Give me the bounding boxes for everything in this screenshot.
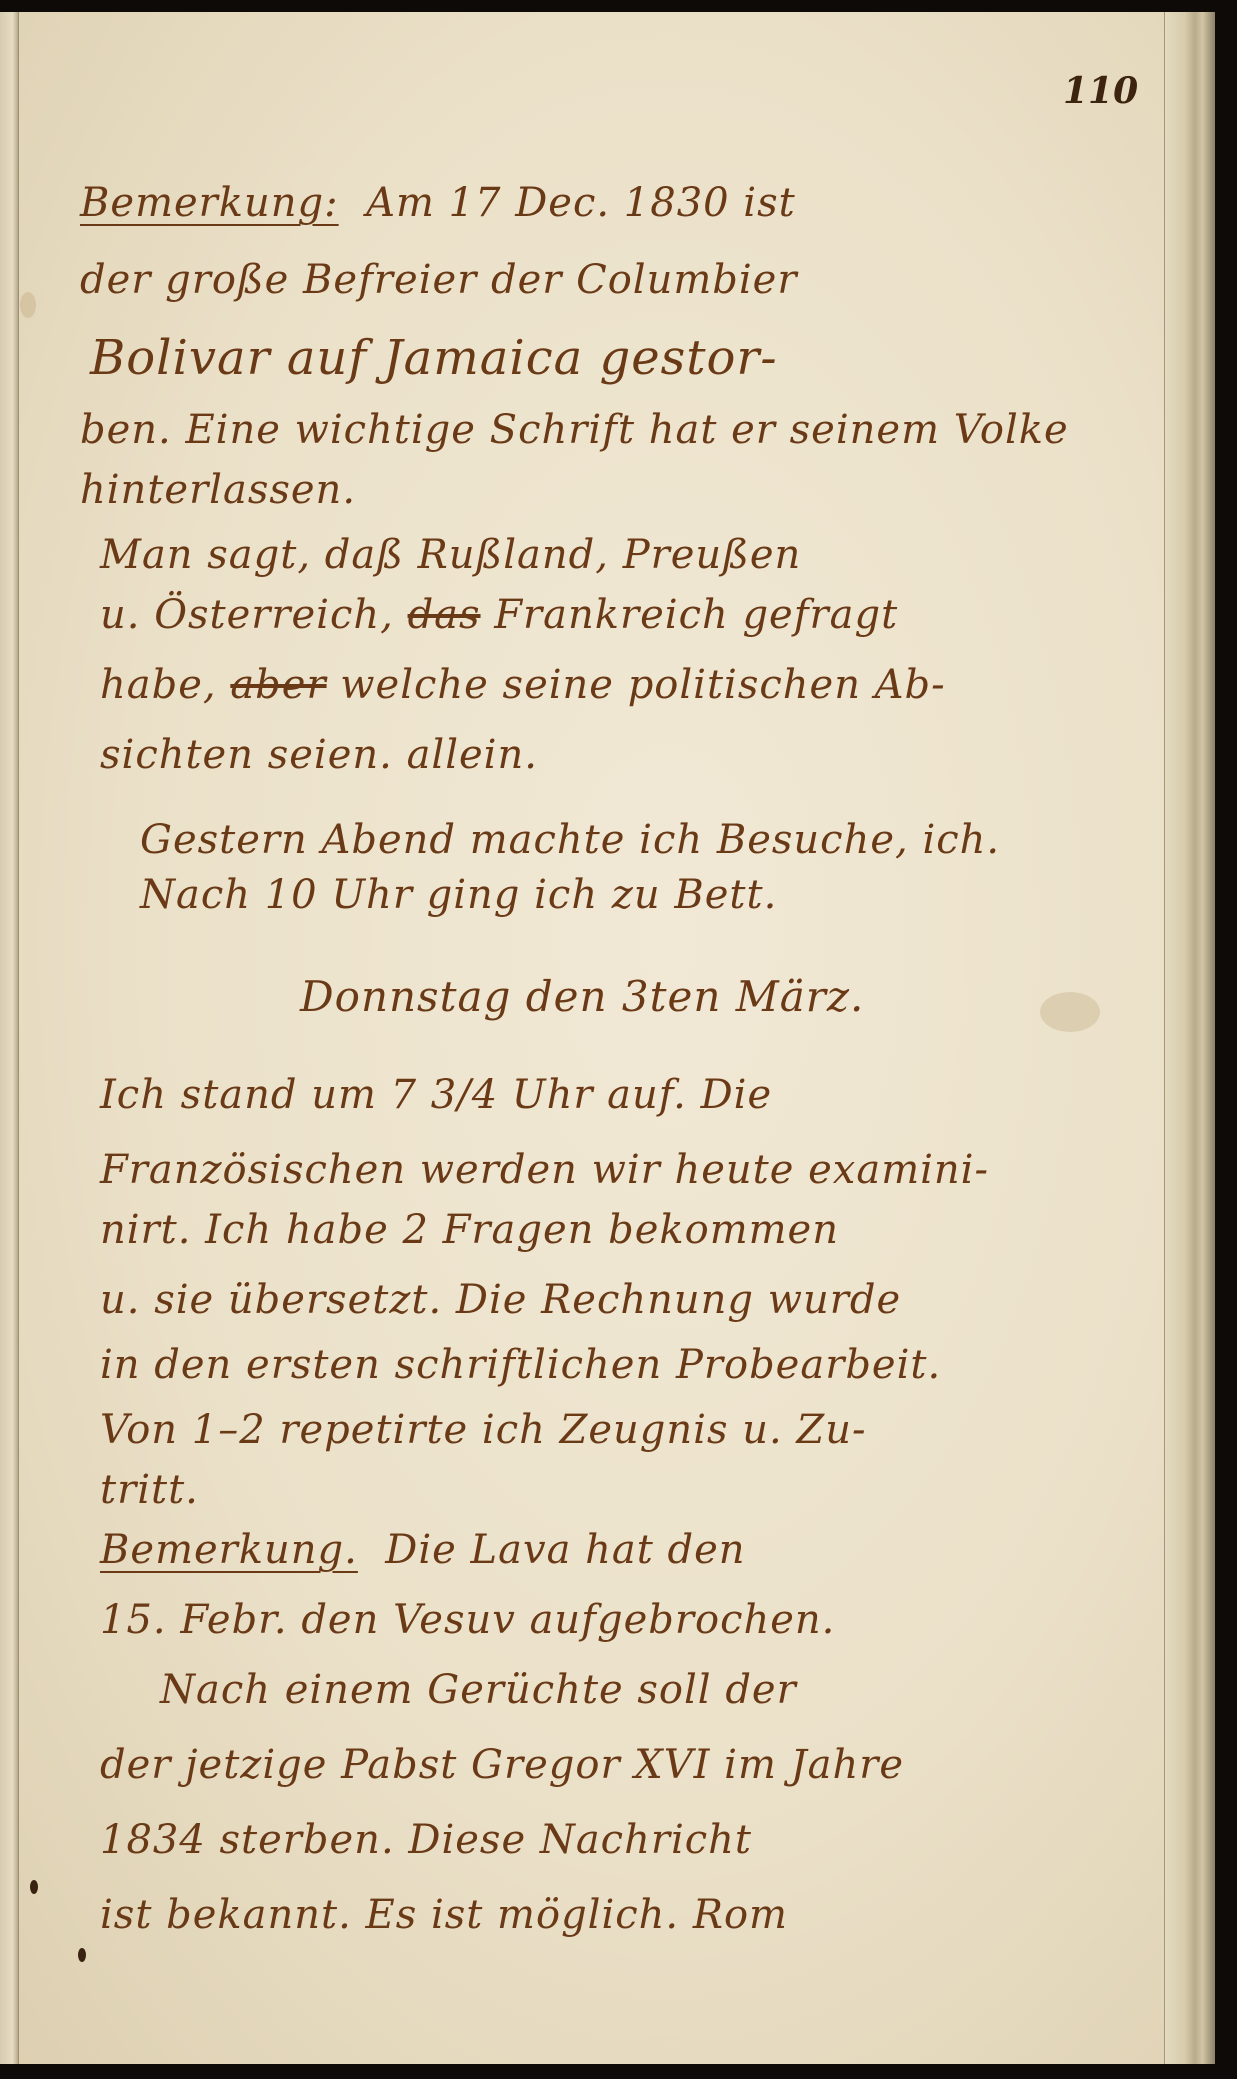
manuscript-line-21: 15. Febr. den Vesuv aufgebrochen.	[100, 1597, 835, 1643]
manuscript-line-3: Bolivar auf Jamaica gestor-	[90, 330, 778, 386]
manuscript-line-1: Bemerkung: Am 17 Dec. 1830 ist	[80, 180, 796, 226]
manuscript-line-23: der jetzige Pabst Gregor XVI im Jahre	[100, 1742, 904, 1788]
manuscript-line-6: Man sagt, daß Rußland, Preußen	[100, 532, 801, 578]
binding-gutter	[0, 12, 19, 2064]
line-text: welche seine politischen Ab-	[327, 662, 946, 708]
diary-date-heading: Donnstag den 3ten März.	[300, 972, 864, 1021]
struck-word: das	[408, 592, 481, 638]
folio-number: 110	[1063, 70, 1138, 112]
page-fore-edge	[1164, 12, 1215, 2064]
manuscript-line-13: Ich stand um 7 3/4 Uhr auf. Die	[100, 1072, 772, 1118]
ink-blot	[78, 1948, 86, 1962]
manuscript-line-14: Französischen werden wir heute examini-	[100, 1147, 989, 1193]
manuscript-line-22: Nach einem Gerüchte soll der	[160, 1667, 797, 1713]
line-text: Frankreich gefragt	[481, 592, 899, 638]
manuscript-line-9: sichten seien. allein.	[100, 732, 538, 778]
paper-stain	[1040, 992, 1100, 1032]
line-text: Die Lava hat den	[372, 1527, 746, 1573]
manuscript-line-11: Nach 10 Uhr ging ich zu Bett.	[140, 872, 777, 918]
struck-word: aber	[230, 662, 326, 708]
manuscript-line-18: Von 1–2 repetirte ich Zeugnis u. Zu-	[100, 1407, 866, 1453]
manuscript-line-24: 1834 sterben. Diese Nachricht	[100, 1817, 752, 1863]
line-text: Am 17 Dec. 1830 ist	[352, 180, 795, 226]
manuscript-line-17: in den ersten schriftlichen Probearbeit.	[100, 1342, 941, 1388]
paper-stain	[20, 292, 36, 318]
manuscript-line-4: ben. Eine wichtige Schrift hat er seinem…	[80, 407, 1069, 453]
manuscript-line-7: u. Österreich, das Frankreich gefragt	[100, 592, 898, 638]
manuscript-page: 110 Bemerkung: Am 17 Dec. 1830 ist der g…	[0, 12, 1215, 2064]
manuscript-line-25: ist bekannt. Es ist möglich. Rom	[100, 1892, 788, 1938]
line-text: habe,	[100, 662, 230, 708]
manuscript-line-15: nirt. Ich habe 2 Fragen bekommen	[100, 1207, 839, 1253]
manuscript-line-2: der große Befreier der Columbier	[80, 257, 797, 303]
manuscript-line-16: u. sie übersetzt. Die Rechnung wurde	[100, 1277, 901, 1323]
manuscript-line-20: Bemerkung. Die Lava hat den	[100, 1527, 746, 1573]
manuscript-line-5: hinterlassen.	[80, 467, 356, 513]
line-text: u. Österreich,	[100, 592, 408, 638]
remark-label: Bemerkung:	[80, 180, 339, 226]
manuscript-line-19: tritt.	[100, 1467, 199, 1513]
ink-blot	[30, 1880, 38, 1894]
remark-label: Bemerkung.	[100, 1527, 358, 1573]
manuscript-line-10: Gestern Abend machte ich Besuche, ich.	[140, 817, 1000, 863]
manuscript-line-8: habe, aber welche seine politischen Ab-	[100, 662, 946, 708]
